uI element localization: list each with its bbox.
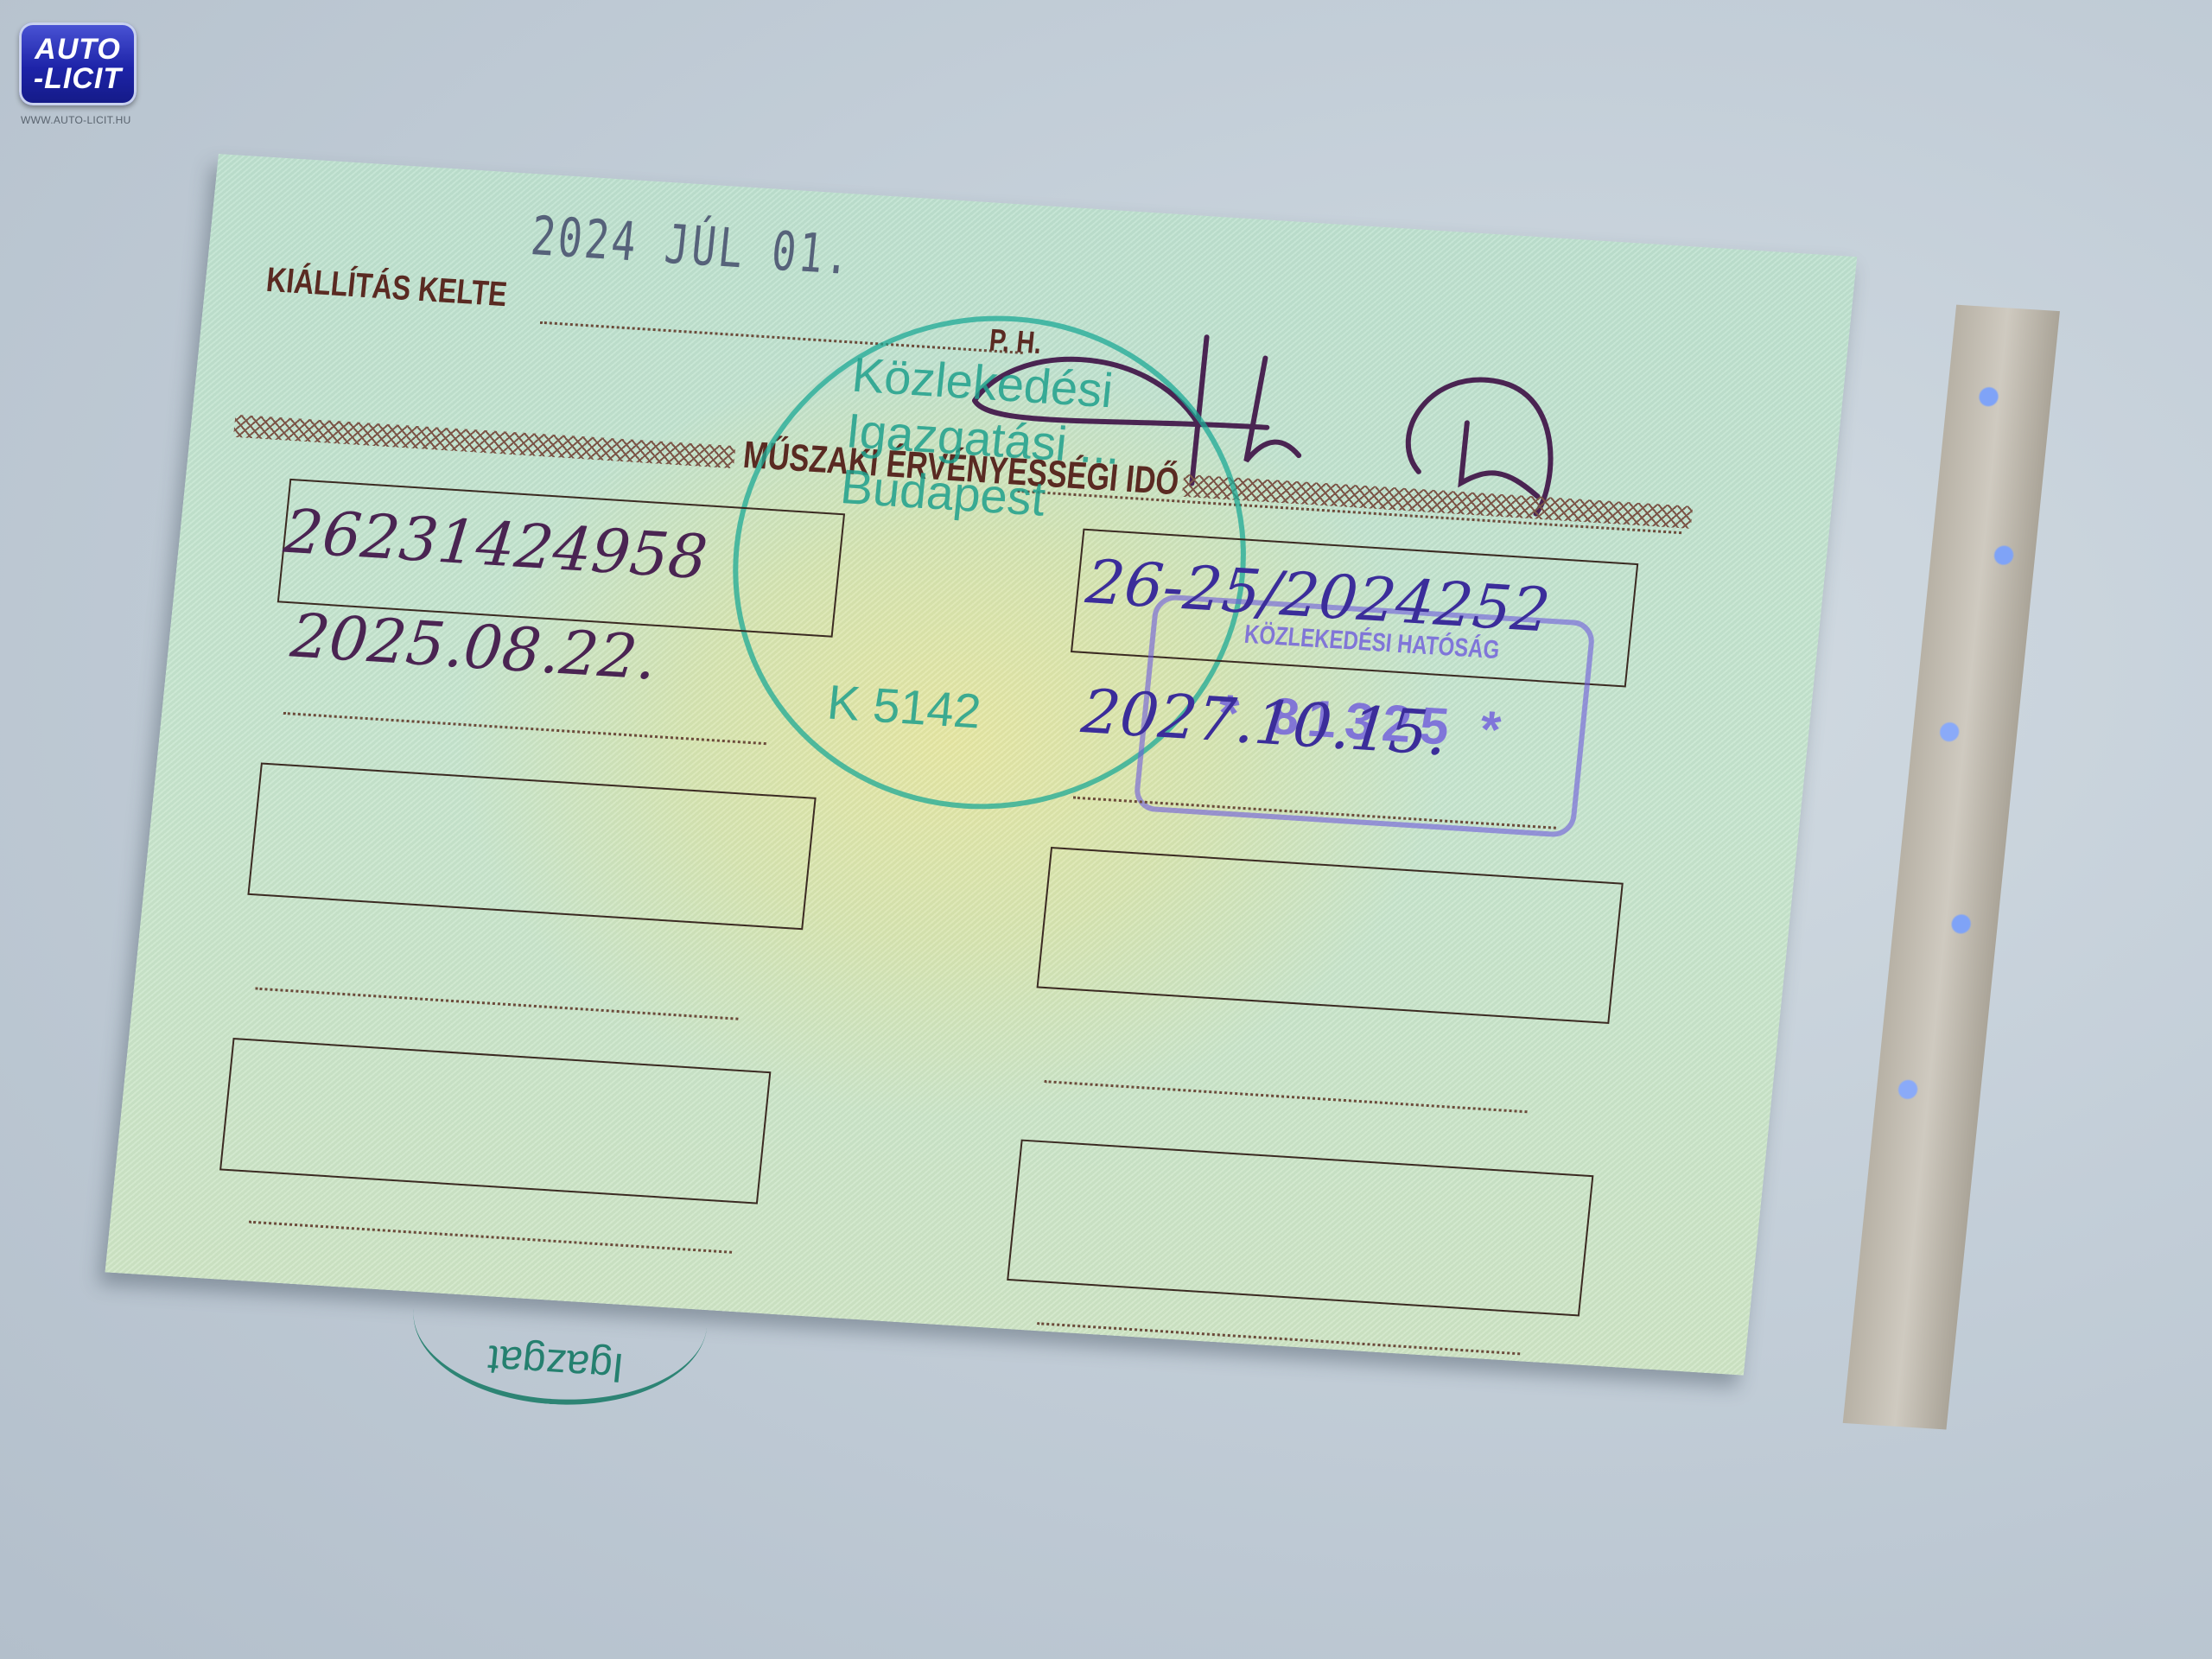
- green-stamp-code: K 5142: [825, 674, 984, 740]
- auto-licit-logo: AUTO -LICIT: [19, 22, 137, 105]
- logo-url: WWW.AUTO-LICIT.HU: [21, 114, 131, 126]
- logo-line-2: -LICIT: [34, 64, 122, 93]
- issue-date-label: KIÁLLÍTÁS KELTE: [264, 261, 509, 315]
- entry-line-3: [283, 712, 766, 745]
- entry-line-5: [255, 988, 738, 1020]
- entry-line-6: [1044, 1080, 1527, 1113]
- issue-date-stamp: 2024 JÚL 01.: [528, 204, 855, 287]
- logo-line-1: AUTO: [35, 35, 121, 64]
- entry-box-5: [219, 1038, 771, 1205]
- bottom-stamp-fragment: Igazgat: [405, 1223, 716, 1413]
- guilloche-band-left: [233, 415, 735, 468]
- entry-box-6: [1007, 1140, 1593, 1317]
- hologram-strip: [1843, 305, 2060, 1430]
- entry-box-3: [247, 762, 816, 930]
- entry-line-8: [1037, 1322, 1520, 1355]
- entry-box-4: [1037, 847, 1624, 1024]
- registration-document-page: KIÁLLÍTÁS KELTE 2024 JÚL 01. P. H. MŰSZA…: [105, 154, 1858, 1376]
- green-stamp-text: Közlekedési Igazgatási ... Budapest: [838, 346, 1261, 540]
